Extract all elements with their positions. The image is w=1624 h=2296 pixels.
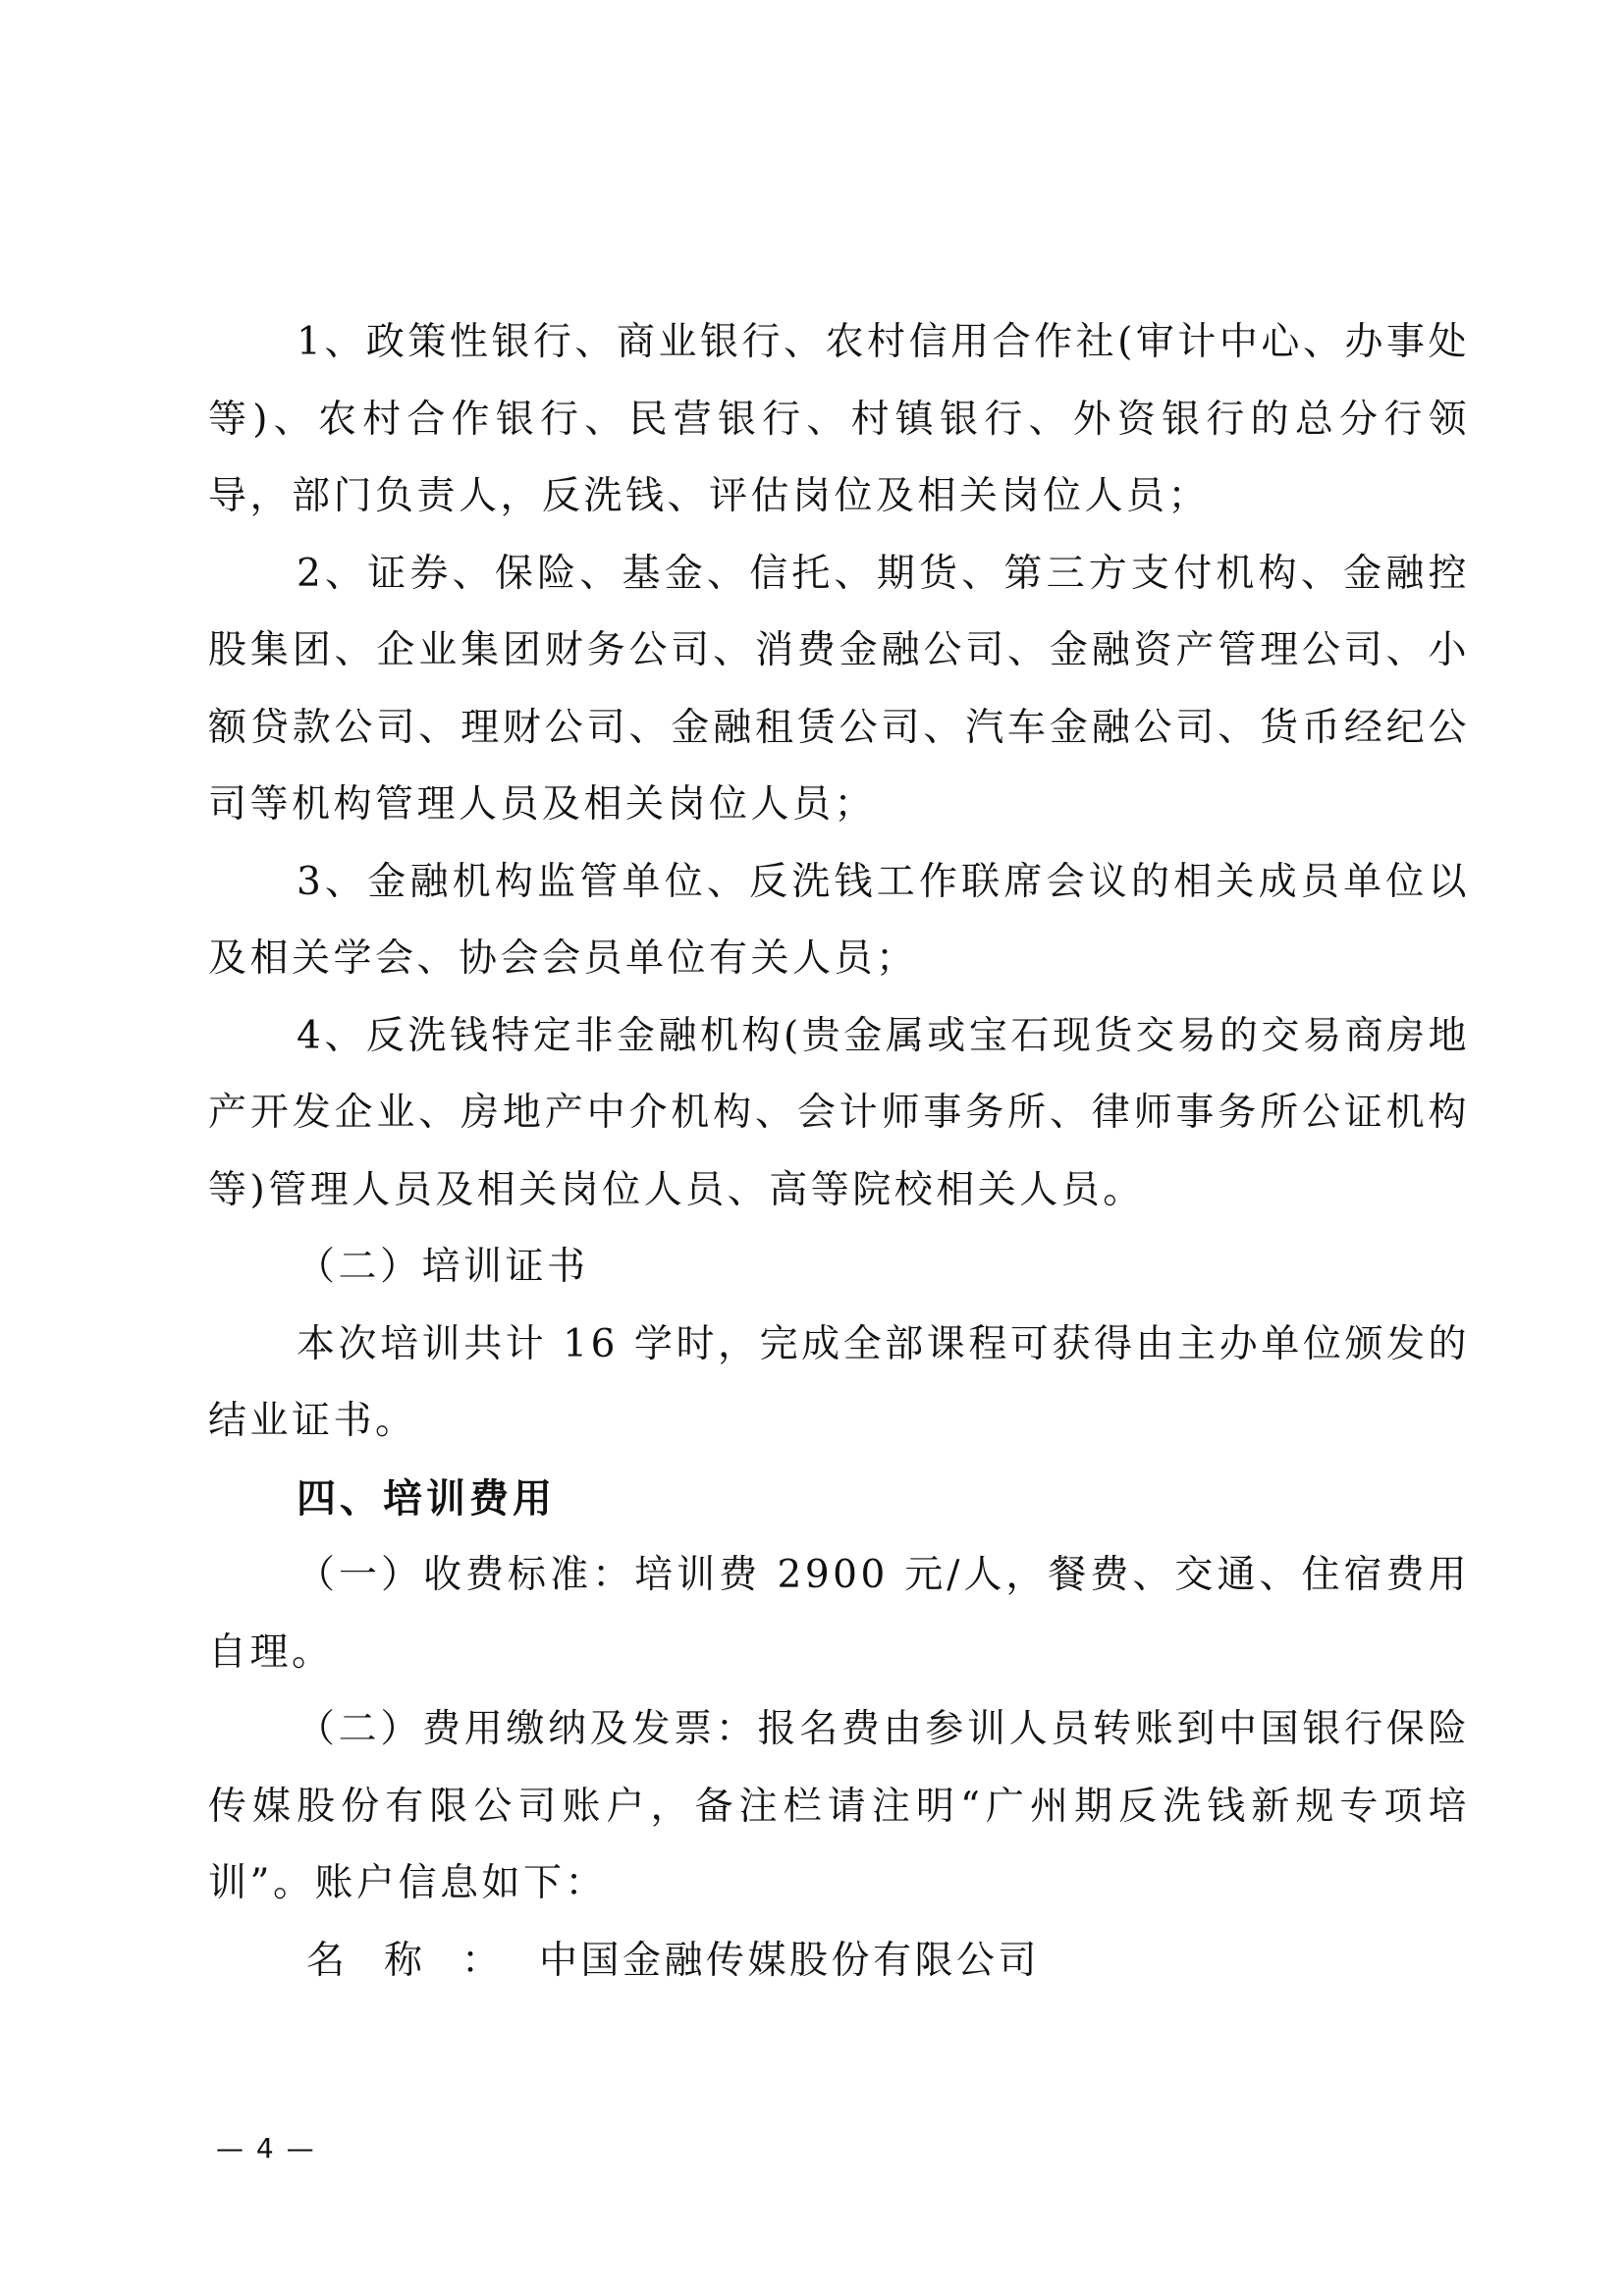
document-page: 1、政策性银行、商业银行、农村信用合作社(审计中心、办事处等)、农村合作银行、民… bbox=[0, 0, 1624, 2296]
attendee-item-2: 2、证券、保险、基金、信托、期货、第三方支付机构、金融控股集团、企业集团财务公司… bbox=[208, 536, 1470, 844]
page-number: — 4 — bbox=[216, 2132, 316, 2164]
attendee-item-4: 4、反洗钱特定非金融机构(贵金属或宝石现货交易的交易商房地产开发企业、房地产中介… bbox=[208, 998, 1470, 1230]
account-name-value: 中国金融传媒股份有限公司 bbox=[539, 1939, 1040, 1983]
attendee-item-3: 3、金融机构监管单位、反洗钱工作联席会议的相关成员单位以及相关学会、协会会员单位… bbox=[208, 844, 1470, 998]
account-name-row: 名称：中国金融传媒股份有限公司 bbox=[208, 1923, 1470, 2001]
fee-payment: （二）费用缴纳及发票：报名费由参训人员转账到中国银行保险传媒股份有限公司账户，备… bbox=[208, 1691, 1470, 1923]
attendee-item-1: 1、政策性银行、商业银行、农村信用合作社(审计中心、办事处等)、农村合作银行、民… bbox=[208, 304, 1470, 536]
fees-heading: 四、培训费用 bbox=[208, 1461, 1470, 1538]
fee-standard: （一）收费标准：培训费 2900 元/人，餐费、交通、住宿费用自理。 bbox=[208, 1537, 1470, 1691]
account-name-label: 名称： bbox=[306, 1939, 539, 1983]
certificate-subheading: （二）培训证书 bbox=[208, 1229, 1470, 1307]
certificate-text: 本次培训共计 16 学时，完成全部课程可获得由主办单位颁发的结业证书。 bbox=[208, 1307, 1470, 1461]
document-body: 1、政策性银行、商业银行、农村信用合作社(审计中心、办事处等)、农村合作银行、民… bbox=[208, 304, 1470, 2000]
